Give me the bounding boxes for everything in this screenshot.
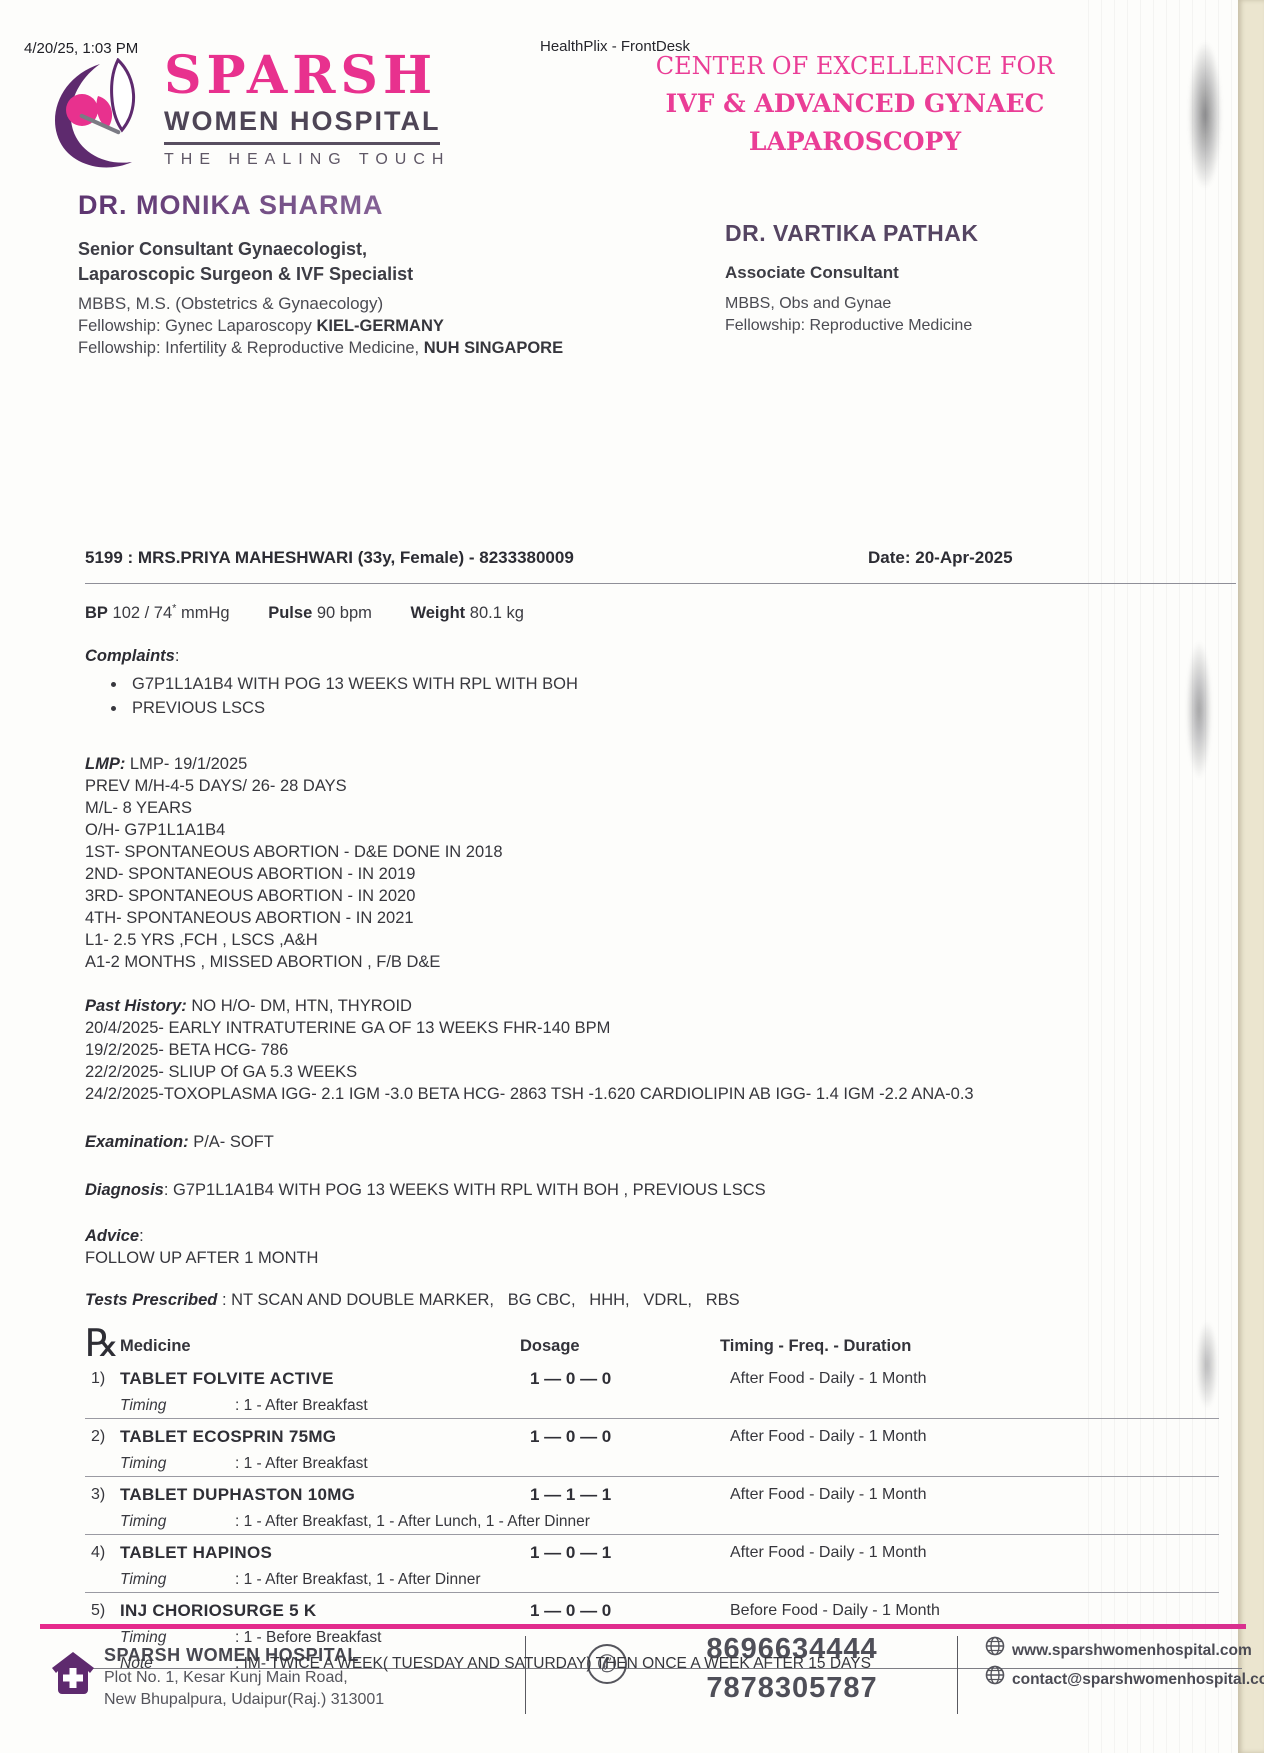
vital-pulse: Pulse 90 bpm xyxy=(268,604,372,622)
past-history-line: 22/2/2025- SLIUP Of GA 5.3 WEEKS xyxy=(85,1061,1185,1083)
scan-artifact xyxy=(1238,0,1264,1753)
hospital-logo-icon xyxy=(40,58,162,176)
doctor-right-block: DR. VARTIKA PATHAK Associate Consultant … xyxy=(725,220,978,337)
prescription-row: 3) TABLET DUPHASTON 10MG 1 — 1 — 1 After… xyxy=(85,1477,1219,1535)
past-history-line: 19/2/2025- BETA HCG- 786 xyxy=(85,1039,1185,1061)
row-number: 1) xyxy=(85,1366,120,1392)
past-history-label: Past History: xyxy=(85,997,187,1015)
footer-address2: New Bhupalpura, Udaipur(Raj.) 313001 xyxy=(104,1689,384,1711)
doctor-left-role1: Senior Consultant Gynaecologist, xyxy=(78,237,563,262)
past-history-line: 20/4/2025- EARLY INTRATUTERINE GA OF 13 … xyxy=(85,1017,1185,1039)
timing-label: Timing xyxy=(120,1568,235,1592)
prescription-rows: 1) TABLET FOLVITE ACTIVE 1 — 0 — 0 After… xyxy=(85,1361,1219,1676)
note-line: Note : IM- TWICE A WEEK( TUESDAY AND SAT… xyxy=(85,1652,1219,1676)
lmp-line: 4TH- SPONTANEOUS ABORTION - IN 2021 xyxy=(85,907,1185,929)
lmp-line: PREV M/H-4-5 DAYS/ 26- 28 DAYS xyxy=(85,775,1185,797)
medicine-frequency: After Food - Daily - 1 Month xyxy=(730,1424,927,1450)
timing-label: Timing xyxy=(120,1452,235,1476)
lmp-section: LMP: LMP- 19/1/2025 PREV M/H-4-5 DAYS/ 2… xyxy=(85,753,1185,973)
tests-section: Tests Prescribed : NT SCAN AND DOUBLE MA… xyxy=(85,1289,1185,1311)
header-timing: Timing - Freq. - Duration xyxy=(720,1333,911,1359)
medicine-name: TABLET FOLVITE ACTIVE xyxy=(120,1366,530,1392)
banner-line1: CENTER OF EXCELLENCE FOR xyxy=(645,52,1065,80)
doctor-right-name: DR. VARTIKA PATHAK xyxy=(725,220,978,247)
doctor-right-fellowship: Fellowship: Reproductive Medicine xyxy=(725,315,978,337)
prescription-table-header: Medicine Dosage Timing - Freq. - Duratio… xyxy=(85,1333,1219,1359)
medicine-frequency: After Food - Daily - 1 Month xyxy=(730,1366,927,1392)
row-number: 3) xyxy=(85,1482,120,1508)
doctor-left-block: DR. MONIKA SHARMA Senior Consultant Gyna… xyxy=(78,190,563,359)
note-value: : IM- TWICE A WEEK( TUESDAY AND SATURDAY… xyxy=(235,1652,871,1676)
lmp-label: LMP: xyxy=(85,755,125,773)
timing-label: Timing xyxy=(120,1510,235,1534)
medicine-name: TABLET HAPINOS xyxy=(120,1540,530,1566)
timing-value: : 1 - After Breakfast, 1 - After Lunch, … xyxy=(235,1510,590,1534)
medicine-dosage: 1 — 0 — 0 xyxy=(530,1366,730,1392)
lmp-line: 2ND- SPONTANEOUS ABORTION - IN 2019 xyxy=(85,863,1185,885)
medicine-frequency: Before Food - Daily - 1 Month xyxy=(730,1598,940,1624)
row-number: 2) xyxy=(85,1424,120,1450)
medicine-dosage: 1 — 0 — 0 xyxy=(530,1598,730,1624)
center-of-excellence-banner: CENTER OF EXCELLENCE FOR IVF & ADVANCED … xyxy=(645,52,1065,156)
prescription-page: 4/20/25, 1:03 PM HealthPlix - FrontDesk … xyxy=(0,0,1264,1753)
lmp-line: O/H- G7P1L1A1B4 xyxy=(85,819,1185,841)
clinical-sections: Complaints: G7P1L1A1B4 WITH POG 13 WEEKS… xyxy=(85,645,1185,1365)
prescription-row: 4) TABLET HAPINOS 1 — 0 — 1 After Food -… xyxy=(85,1535,1219,1593)
doctor-right-qualification: MBBS, Obs and Gynae xyxy=(725,292,978,315)
tests-label: Tests Prescribed xyxy=(85,1291,217,1309)
header-medicine: Medicine xyxy=(120,1333,520,1359)
header-dosage: Dosage xyxy=(520,1333,720,1359)
prescription-row: 5) INJ CHORIOSURGE 5 K 1 — 0 — 0 Before … xyxy=(85,1593,1219,1676)
brand-name: SPARSH xyxy=(164,46,450,106)
past-history-lines: 20/4/2025- EARLY INTRATUTERINE GA OF 13 … xyxy=(85,1017,1185,1105)
medicine-name: TABLET DUPHASTON 10MG xyxy=(120,1482,530,1508)
lmp-line: A1-2 MONTHS , MISSED ABORTION , F/B D&E xyxy=(85,951,1185,973)
doctor-left-name: DR. MONIKA SHARMA xyxy=(78,190,563,221)
timing-value: : 1 - After Breakfast, 1 - After Dinner xyxy=(235,1568,481,1592)
patient-line: 5199 : MRS.PRIYA MAHESHWARI (33y, Female… xyxy=(85,548,574,567)
past-history-section: Past History: NO H/O- DM, HTN, THYROID 2… xyxy=(85,995,1185,1105)
lmp-line: 3RD- SPONTANEOUS ABORTION - IN 2020 xyxy=(85,885,1185,907)
banner-line3: LAPAROSCOPY xyxy=(645,127,1065,156)
timing-label: Timing xyxy=(120,1626,235,1650)
medicine-frequency: After Food - Daily - 1 Month xyxy=(730,1482,927,1508)
examination-label: Examination: xyxy=(85,1133,189,1151)
complaints-section: Complaints: G7P1L1A1B4 WITH POG 13 WEEKS… xyxy=(85,645,1185,720)
examination-section: Examination: P/A- SOFT xyxy=(85,1131,1185,1153)
doctor-right-role: Associate Consultant xyxy=(725,260,978,285)
brand-tagline: THE HEALING TOUCH xyxy=(164,151,450,169)
advice-label: Advice xyxy=(85,1227,139,1245)
patient-info-bar: 5199 : MRS.PRIYA MAHESHWARI (33y, Female… xyxy=(85,548,1236,584)
timing-label: Timing xyxy=(120,1394,235,1418)
prescription-table: Medicine Dosage Timing - Freq. - Duratio… xyxy=(85,1333,1219,1676)
medicine-dosage: 1 — 0 — 1 xyxy=(530,1540,730,1566)
vital-bp: BP 102 / 74* mmHg xyxy=(85,604,230,622)
diagnosis-label: Diagnosis xyxy=(85,1181,164,1199)
advice-section: Advice: FOLLOW UP AFTER 1 MONTH xyxy=(85,1225,1185,1269)
banner-line2: IVF & ADVANCED GYNAEC xyxy=(645,89,1065,118)
medicine-name: INJ CHORIOSURGE 5 K xyxy=(120,1598,530,1624)
advice-value: FOLLOW UP AFTER 1 MONTH xyxy=(85,1247,1185,1269)
vital-weight: Weight 80.1 kg xyxy=(410,604,523,622)
timing-value: : 1 - After Breakfast xyxy=(235,1452,368,1476)
doctor-left-fellowship1: Fellowship: Gynec Laparoscopy KIEL-GERMA… xyxy=(78,315,563,337)
doctor-left-role2: Laparoscopic Surgeon & IVF Specialist xyxy=(78,262,563,287)
complaints-list: G7P1L1A1B4 WITH POG 13 WEEKS WITH RPL WI… xyxy=(127,672,1185,720)
row-number: 5) xyxy=(85,1598,120,1624)
medicine-name: TABLET ECOSPRIN 75MG xyxy=(120,1424,530,1450)
diagnosis-section: Diagnosis: G7P1L1A1B4 WITH POG 13 WEEKS … xyxy=(85,1179,1185,1201)
lmp-line: L1- 2.5 YRS ,FCH , LSCS ,A&H xyxy=(85,929,1185,951)
complaints-label: Complaints xyxy=(85,647,175,665)
scan-artifact xyxy=(1186,640,1212,780)
brand-subtitle: WOMEN HOSPITAL xyxy=(164,106,440,145)
medicine-dosage: 1 — 1 — 1 xyxy=(530,1482,730,1508)
doctor-left-qualification: MBBS, M.S. (Obstetrics & Gynaecology) xyxy=(78,292,563,315)
medicine-dosage: 1 — 0 — 0 xyxy=(530,1424,730,1450)
lmp-lines: PREV M/H-4-5 DAYS/ 26- 28 DAYSM/L- 8 YEA… xyxy=(85,775,1185,973)
lmp-line: M/L- 8 YEARS xyxy=(85,797,1185,819)
complaint-item: PREVIOUS LSCS xyxy=(127,696,1185,720)
past-history-line: 24/2/2025-TOXOPLASMA IGG- 2.1 IGM -3.0 B… xyxy=(85,1083,1185,1105)
print-timestamp: 4/20/25, 1:03 PM xyxy=(24,40,138,57)
prescription-row: 2) TABLET ECOSPRIN 75MG 1 — 0 — 0 After … xyxy=(85,1419,1219,1477)
note-label: Note xyxy=(120,1652,235,1676)
medicine-frequency: After Food - Daily - 1 Month xyxy=(730,1540,927,1566)
visit-date: Date: 20-Apr-2025 xyxy=(868,548,1013,568)
doctor-left-fellowship2: Fellowship: Infertility & Reproductive M… xyxy=(78,337,563,359)
timing-value: : 1 - Before Breakfast xyxy=(235,1626,381,1650)
brand-block: SPARSH WOMEN HOSPITAL THE HEALING TOUCH xyxy=(164,46,450,169)
prescription-row: 1) TABLET FOLVITE ACTIVE 1 — 0 — 0 After… xyxy=(85,1361,1219,1419)
vitals-row: BP 102 / 74* mmHg Pulse 90 bpm Weight 80… xyxy=(85,602,558,623)
lmp-line: 1ST- SPONTANEOUS ABORTION - D&E DONE IN … xyxy=(85,841,1185,863)
scan-artifact xyxy=(1188,40,1222,190)
row-number: 4) xyxy=(85,1540,120,1566)
timing-value: : 1 - After Breakfast xyxy=(235,1394,368,1418)
complaint-item: G7P1L1A1B4 WITH POG 13 WEEKS WITH RPL WI… xyxy=(127,672,1185,696)
